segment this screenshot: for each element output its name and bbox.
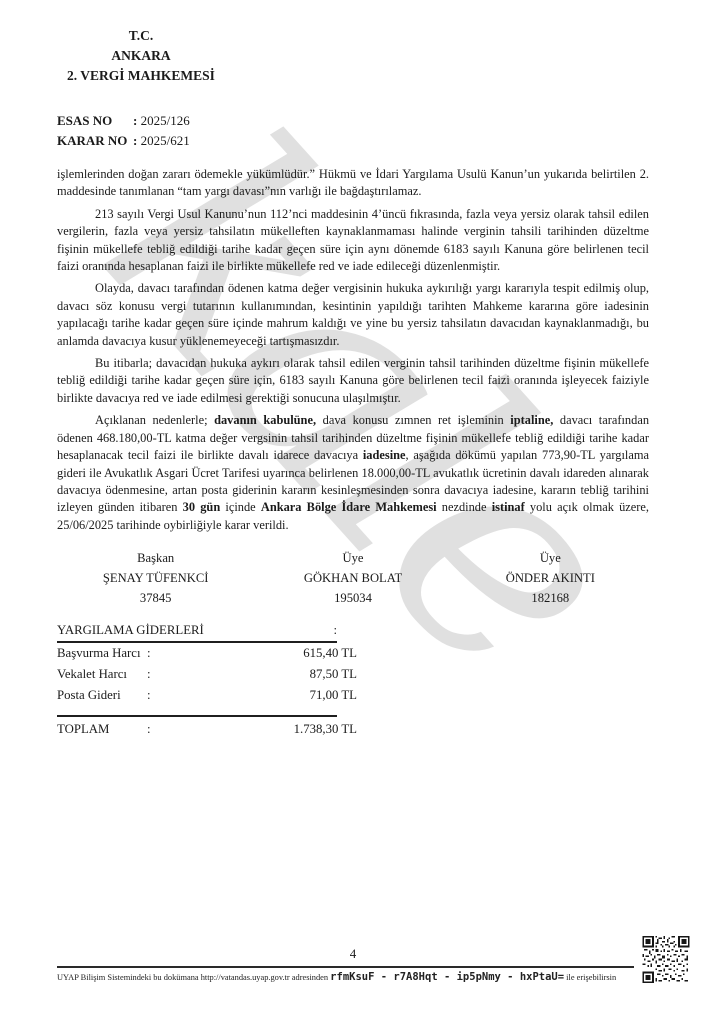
cost-row-colon: : [147, 664, 151, 685]
signature-name: ŞENAY TÜFENKCİ [57, 568, 254, 588]
esas-no-row: ESAS NO: 2025/126 [57, 111, 190, 131]
signature-block: BaşkanŞENAY TÜFENKCİ37845ÜyeGÖKHAN BOLAT… [57, 548, 649, 608]
signature-name: GÖKHAN BOLAT [254, 568, 451, 588]
cost-row-label: Posta Gideri [57, 685, 147, 706]
footer-access-codes: rfmKsuF - r7A8Hqt - ip5pNmy - hxPtaU= [330, 971, 564, 983]
cost-row-label: Başvurma Harcı [57, 643, 147, 664]
costs-title-colon: : [333, 621, 337, 640]
costs-rows: Başvurma Harcı:615,40 TLVekalet Harcı:87… [57, 643, 357, 706]
esas-no-colon: : [133, 113, 137, 128]
case-numbers: ESAS NO: 2025/126 KARAR NO: 2025/621 [57, 111, 190, 151]
signature-registry-number: 182168 [452, 588, 649, 608]
footer-access-line: UYAP Bilişim Sistemindeki bu dokümana ht… [57, 971, 657, 983]
esas-no-label: ESAS NO [57, 111, 133, 131]
signature-column: ÜyeÖNDER AKINTI182168 [452, 548, 649, 608]
paragraph: Açıklanan nedenlerle; davanın kabulüne, … [57, 412, 649, 534]
signature-title: Üye [452, 548, 649, 568]
signature-title: Üye [254, 548, 451, 568]
karar-no-colon: : [133, 133, 137, 148]
cost-row-amount: 615,40 TL [303, 643, 357, 664]
costs-table: YARGILAMA GİDERLERİ : Başvurma Harcı:615… [57, 621, 357, 741]
footer-suffix: ile erişebilirsin [564, 973, 616, 982]
page-number: 4 [57, 946, 649, 962]
signature-column: ÜyeGÖKHAN BOLAT195034 [254, 548, 451, 608]
signature-title: Başkan [57, 548, 254, 568]
paragraph: 213 sayılı Vergi Usul Kanunu’nun 112’nci… [57, 206, 649, 276]
paragraph: Olayda, davacı tarafından ödenen katma d… [57, 280, 649, 350]
costs-header: YARGILAMA GİDERLERİ : [57, 621, 337, 643]
paragraph: Bu itibarla; davacıdan hukuka aykırı ola… [57, 355, 649, 407]
karar-no-value: 2025/621 [141, 133, 190, 148]
cost-row: Vekalet Harcı:87,50 TL [57, 664, 357, 685]
cost-row-amount: 71,00 TL [310, 685, 357, 706]
karar-no-row: KARAR NO: 2025/621 [57, 131, 190, 151]
paragraph: işlemlerinden doğan zararı ödemekle yükü… [57, 166, 649, 201]
costs-title: YARGILAMA GİDERLERİ [57, 621, 204, 640]
cost-row-amount: 87,50 TL [310, 664, 357, 685]
body-paragraphs: işlemlerinden doğan zararı ödemekle yükü… [57, 166, 649, 534]
cost-row: Posta Gideri:71,00 TL [57, 685, 357, 706]
costs-total-amount: 1.738,30 TL [294, 717, 357, 741]
body-column: işlemlerinden doğan zararı ödemekle yükü… [57, 166, 649, 608]
court-header-line3: 2. VERGİ MAHKEMESİ [57, 66, 225, 86]
costs-total-label: TOPLAM [57, 717, 147, 741]
signature-registry-number: 37845 [57, 588, 254, 608]
signature-name: ÖNDER AKINTI [452, 568, 649, 588]
signature-registry-number: 195034 [254, 588, 451, 608]
court-header: T.C. ANKARA 2. VERGİ MAHKEMESİ [57, 26, 225, 86]
signature-column: BaşkanŞENAY TÜFENKCİ37845 [57, 548, 254, 608]
court-header-line1: T.C. [57, 26, 225, 46]
footer-prefix: UYAP Bilişim Sistemindeki bu dokümana ht… [57, 973, 330, 982]
court-header-line2: ANKARA [57, 46, 225, 66]
document-page: kale T.C. ANKARA 2. VERGİ MAHKEMESİ ESAS… [0, 0, 702, 1024]
cost-row-colon: : [147, 685, 151, 706]
cost-row-colon: : [147, 643, 151, 664]
cost-row-label: Vekalet Harcı [57, 664, 147, 685]
esas-no-value: 2025/126 [141, 113, 190, 128]
footer-rule [57, 966, 634, 968]
karar-no-label: KARAR NO [57, 131, 133, 151]
costs-total-row: TOPLAM : 1.738,30 TL [57, 717, 357, 741]
cost-row: Başvurma Harcı:615,40 TL [57, 643, 357, 664]
costs-total-colon: : [147, 717, 151, 741]
qr-code-icon [640, 936, 692, 983]
